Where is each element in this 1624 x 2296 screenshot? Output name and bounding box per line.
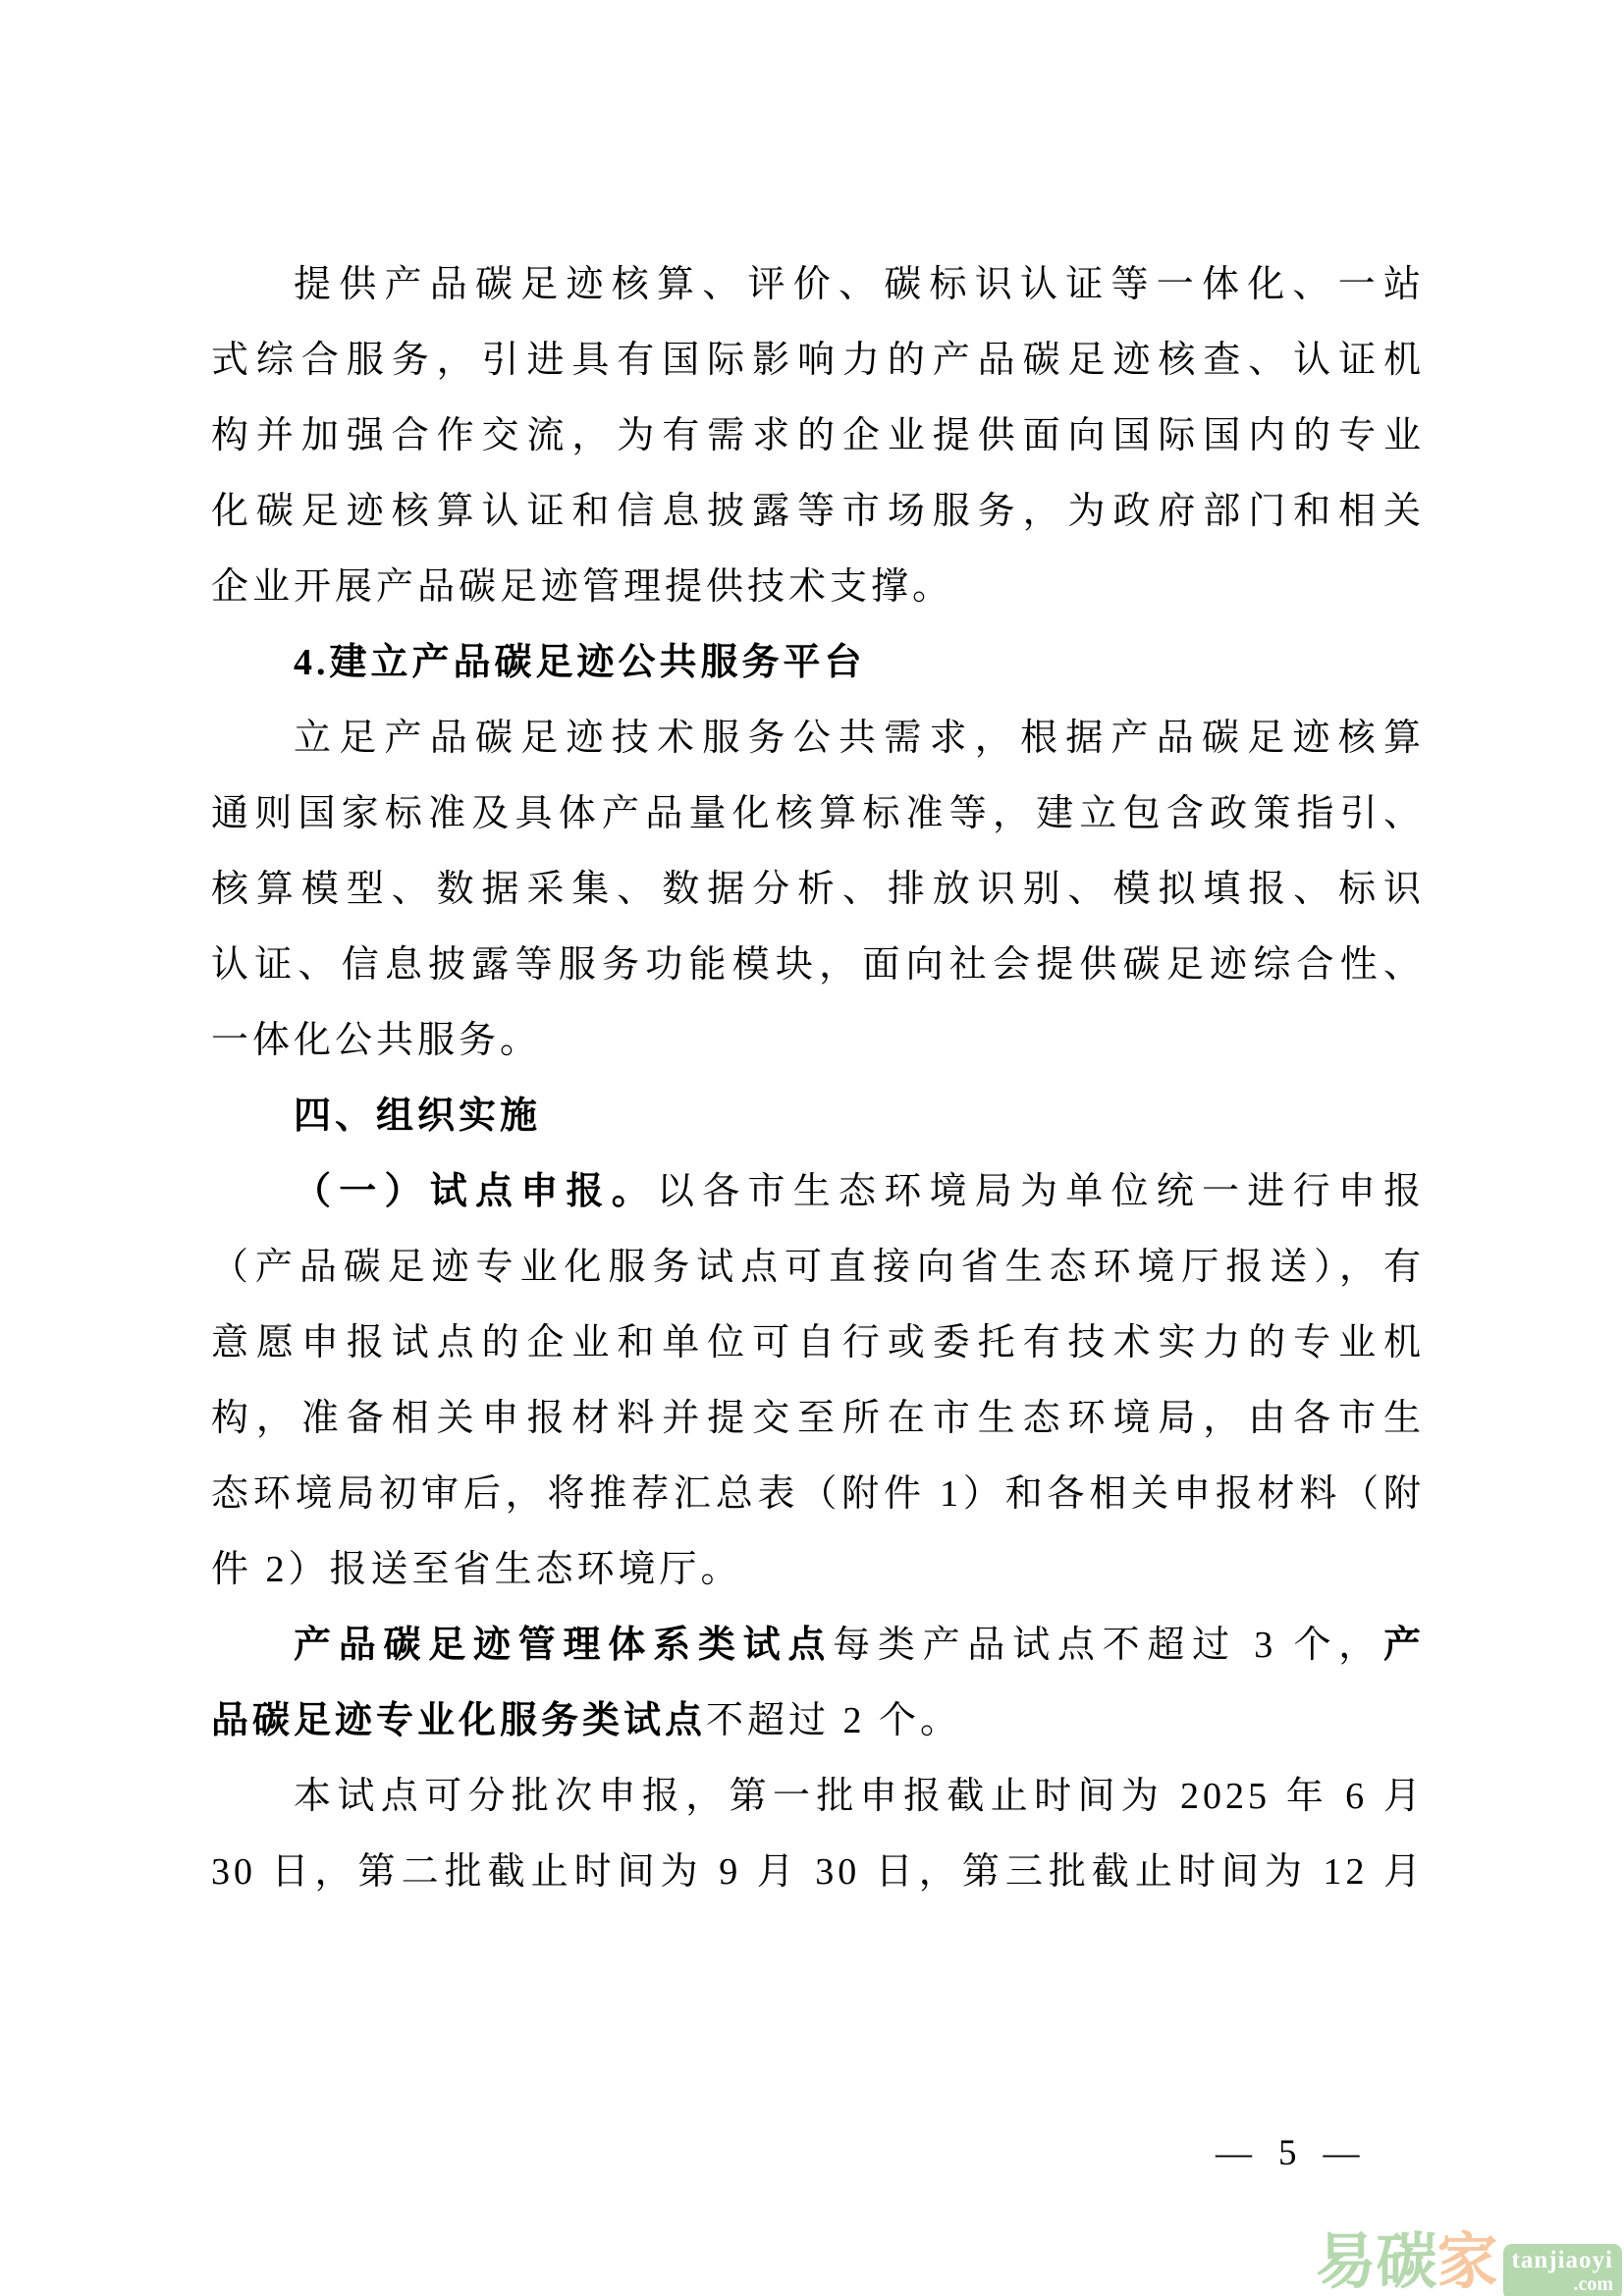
paragraph-line: 态环境局初审后，将推荐汇总表（附件 1）和各相关申报材料（附	[211, 1457, 1425, 1532]
paragraph-text: 每类产品试点不超过 3 个，	[833, 1625, 1383, 1666]
watermark-char-orange: 家	[1437, 2229, 1498, 2296]
paragraph-line: 品碳足迹专业化服务类试点不超过 2 个。	[211, 1683, 1425, 1759]
paragraph-line: 认证、信息披露等服务功能模块，面向社会提供碳足迹综合性、	[211, 928, 1425, 1003]
emphasis-management-system-pilot: 产品碳足迹管理体系类试点	[294, 1625, 833, 1666]
heading-4-public-service-platform: 4.建立产品碳足迹公共服务平台	[211, 625, 1425, 701]
page-number-dash-right: —	[1324, 2133, 1360, 2173]
paragraph-line: 产品碳足迹管理体系类试点每类产品试点不超过 3 个，产	[211, 1608, 1425, 1683]
paragraph-line: 提供产品碳足迹核算、评价、碳标识认证等一体化、一站	[211, 247, 1425, 323]
page-number: —5—	[1216, 2128, 1360, 2179]
document-page: 提供产品碳足迹核算、评价、碳标识认证等一体化、一站 式综合服务，引进具有国际影响…	[0, 0, 1624, 2296]
page-number-dash-left: —	[1216, 2133, 1252, 2173]
watermark-domain-tld: .com	[1512, 2274, 1613, 2294]
heading-section-4-organization: 四、组织实施	[211, 1079, 1425, 1154]
subheading-pilot-application: （一）试点申报。	[294, 1171, 657, 1212]
document-body: 提供产品碳足迹核算、评价、碳标识认证等一体化、一站 式综合服务，引进具有国际影响…	[211, 247, 1425, 1910]
paragraph-line: 立足产品碳足迹技术服务公共需求，根据产品碳足迹核算	[211, 701, 1425, 776]
paragraph-text: 不超过 2 个。	[706, 1700, 961, 1741]
paragraph-line: 本试点可分批次申报，第一批申报截止时间为 2025 年 6 月	[211, 1759, 1425, 1835]
paragraph-line: 式综合服务，引进具有国际影响力的产品碳足迹核查、认证机	[211, 323, 1425, 399]
paragraph-line: 构并加强合作交流，为有需求的企业提供面向国际国内的专业	[211, 399, 1425, 474]
watermark-chars-green: 易碳	[1316, 2229, 1437, 2296]
paragraph-line: 构，准备相关申报材料并提交至所在市生态环境局，由各市生	[211, 1381, 1425, 1457]
watermark-domain-name: tanjiaoyi	[1512, 2248, 1613, 2272]
watermark-domain-badge: tanjiaoyi .com	[1503, 2244, 1622, 2296]
paragraph-line: 一体化公共服务。	[211, 1003, 1425, 1079]
paragraph-line: 件 2）报送至省生态环境厅。	[211, 1532, 1425, 1608]
page-number-value: 5	[1278, 2133, 1297, 2173]
paragraph-line: 企业开展产品碳足迹管理提供技术支撑。	[211, 550, 1425, 625]
paragraph-line: 30 日，第二批截止时间为 9 月 30 日，第三批截止时间为 12 月	[211, 1835, 1425, 1910]
paragraph-line: 通则国家标准及具体产品量化核算标准等，建立包含政策指引、	[211, 776, 1425, 852]
emphasis-professional-service-pilot: 品碳足迹专业化服务类试点	[211, 1700, 706, 1741]
paragraph-line: （一）试点申报。以各市生态环境局为单位统一进行申报	[211, 1154, 1425, 1230]
watermark-brand-text: 易碳家	[1316, 2232, 1498, 2293]
paragraph-line: （产品碳足迹专业化服务试点可直接向省生态环境厅报送），有	[211, 1230, 1425, 1306]
paragraph-line: 化碳足迹核算认证和信息披露等市场服务，为政府部门和相关	[211, 474, 1425, 550]
emphasis-text: 产	[1383, 1625, 1425, 1666]
watermark-logo: 易碳家 tanjiaoyi .com	[1316, 2232, 1622, 2296]
paragraph-line: 核算模型、数据采集、数据分析、排放识别、模拟填报、标识	[211, 852, 1425, 928]
paragraph-text: 以各市生态环境局为单位统一进行申报	[657, 1171, 1425, 1212]
paragraph-line: 意愿申报试点的企业和单位可自行或委托有技术实力的专业机	[211, 1306, 1425, 1381]
